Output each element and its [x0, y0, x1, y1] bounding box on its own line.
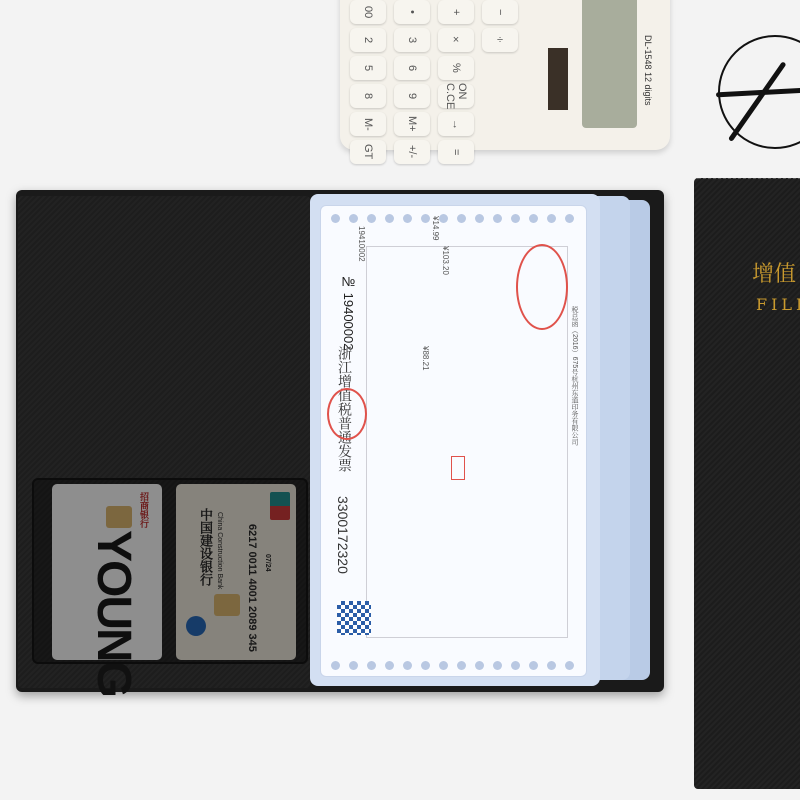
calculator-model: DL-1548 12 digits	[643, 35, 653, 106]
invoice-amount: ¥88.21	[421, 346, 430, 370]
calculator-key: M-	[350, 112, 386, 136]
solar-panel	[548, 48, 568, 110]
tractor-hole	[385, 661, 394, 670]
calculator-key: 6	[394, 56, 430, 80]
calculator-key: +/-	[394, 140, 430, 164]
tractor-hole	[349, 661, 358, 670]
tractor-hole	[511, 214, 520, 223]
calculator-key: GT	[350, 140, 386, 164]
calculator-key: +	[438, 0, 474, 24]
calculator-key: ON C.CE	[438, 84, 474, 108]
tractor-hole	[403, 214, 412, 223]
calculator: 00258M-GT•369M++/-+×%ON C.CE→=−÷ DL-1548…	[340, 0, 670, 150]
closed-folder: 增值 FILE	[694, 178, 800, 789]
tractor-hole	[547, 214, 556, 223]
tractor-hole	[331, 661, 340, 670]
calculator-key: 2	[350, 28, 386, 52]
tractor-hole	[439, 214, 448, 223]
calculator-key: 3	[394, 28, 430, 52]
calculator-key: 00	[350, 0, 386, 24]
invoice-number: № 19400002	[341, 274, 356, 350]
company-stamp	[516, 244, 568, 330]
folder-title-cn: 增值	[752, 257, 796, 288]
card-pocket	[32, 478, 308, 664]
calculator-display	[582, 0, 637, 128]
tractor-hole	[457, 661, 466, 670]
tractor-hole	[331, 214, 340, 223]
tax-bureau-stamp	[327, 388, 367, 440]
qr-code	[337, 601, 371, 635]
tractor-hole	[511, 661, 520, 670]
invoice-printer: 税总函（2016）675号杭州东道印务有限公司	[569, 306, 579, 445]
tractor-hole	[475, 661, 484, 670]
tractor-hole	[547, 661, 556, 670]
tractor-hole	[349, 214, 358, 223]
invoice-total: ¥103.20	[441, 246, 450, 275]
vat-invoice: 3300172320 浙江增值税普通发票 № 19400002 19410002…	[320, 205, 587, 677]
calculator-key: 8	[350, 84, 386, 108]
folder-title-en: FILE	[756, 295, 800, 314]
tractor-hole	[421, 214, 430, 223]
tractor-hole	[457, 214, 466, 223]
tractor-hole	[529, 214, 538, 223]
calculator-key: •	[394, 0, 430, 24]
tractor-hole	[367, 214, 376, 223]
calculator-key: ×	[438, 28, 474, 52]
calculator-key: 9	[394, 84, 430, 108]
tractor-hole	[493, 214, 502, 223]
small-seal	[451, 456, 465, 480]
calculator-key: →	[438, 112, 474, 136]
invoice-side-code: 19410002	[357, 226, 366, 262]
tractor-hole	[475, 214, 484, 223]
calculator-key: 5	[350, 56, 386, 80]
tractor-hole	[439, 661, 448, 670]
tractor-hole	[367, 661, 376, 670]
tractor-hole	[403, 661, 412, 670]
tractor-hole	[493, 661, 502, 670]
tractor-hole	[565, 214, 574, 223]
calculator-key: −	[482, 0, 518, 24]
calculator-key: M+	[394, 112, 430, 136]
invoice-tax: ¥14.99	[431, 216, 440, 240]
tractor-hole	[565, 661, 574, 670]
tractor-hole	[385, 214, 394, 223]
calculator-key: %	[438, 56, 474, 80]
calculator-key: =	[438, 140, 474, 164]
calculator-key: ÷	[482, 28, 518, 52]
tractor-hole	[421, 661, 430, 670]
invoice-code: 3300172320	[335, 496, 351, 574]
tractor-hole	[529, 661, 538, 670]
